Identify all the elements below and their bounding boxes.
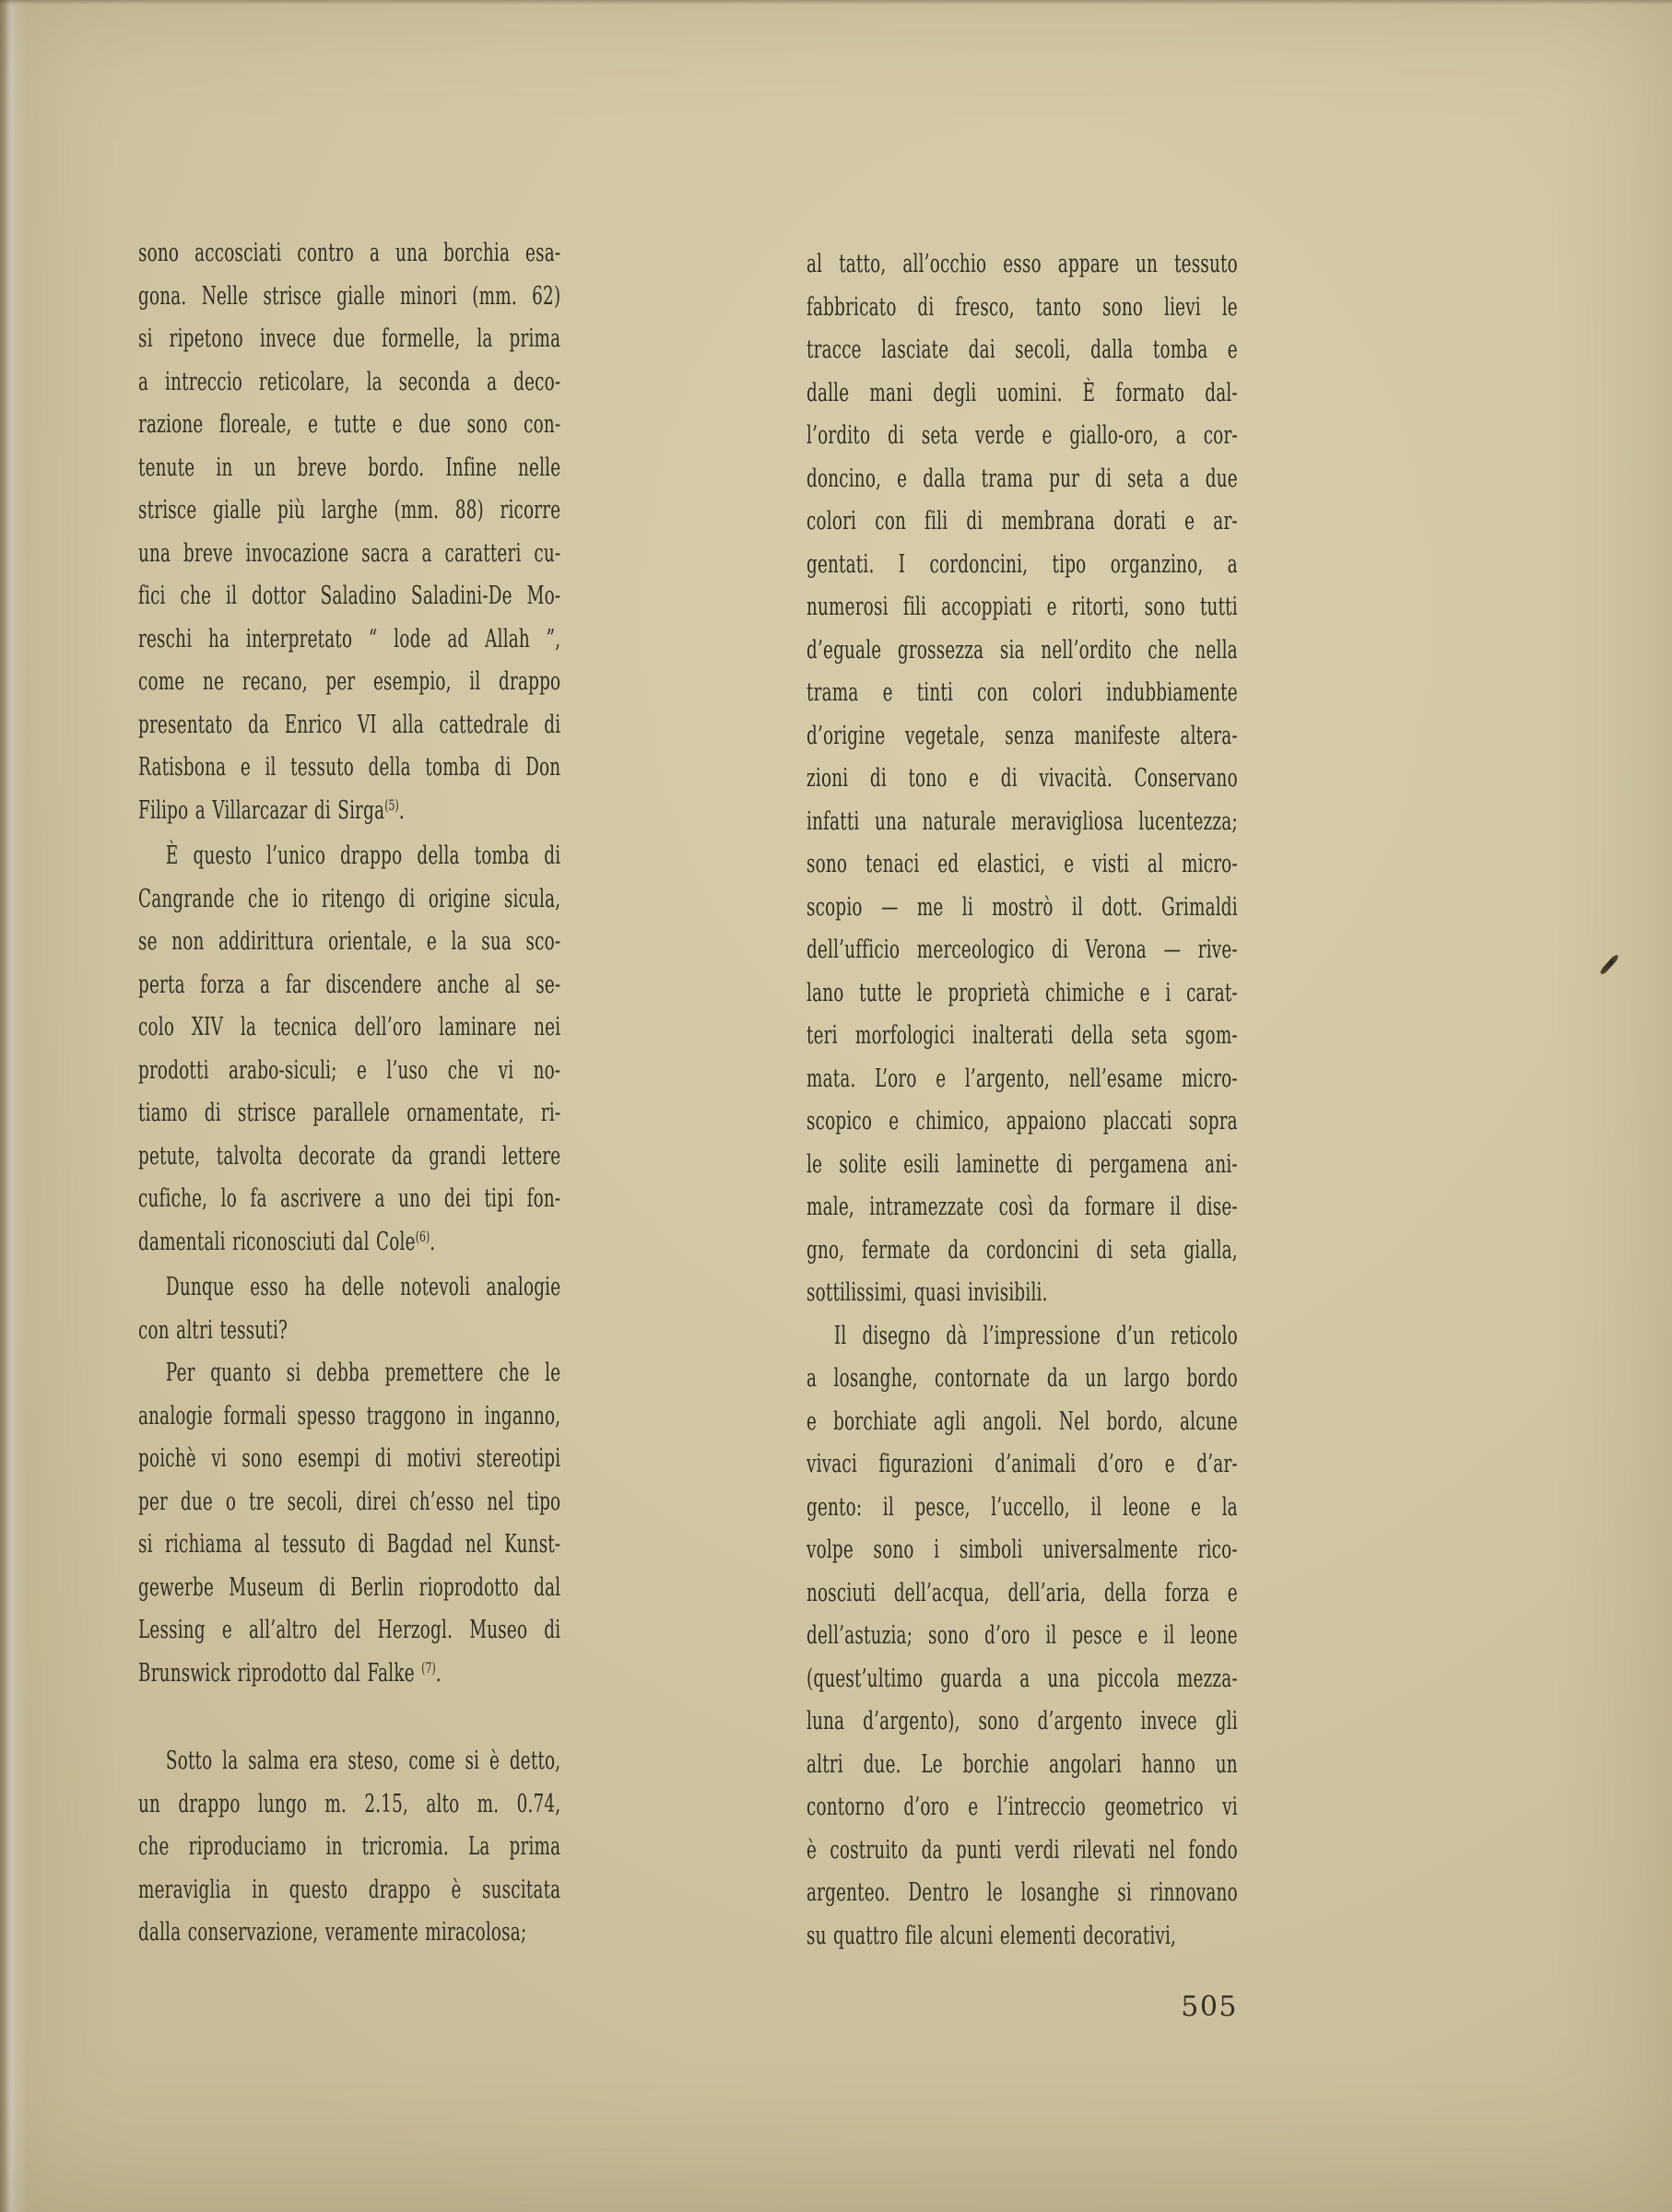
ink-speck: [1599, 953, 1620, 975]
text-line: fici che il dottor Saladino Saladini-De …: [138, 575, 560, 618]
text-line: reschi ha interpretato “ lode ad Allah ”…: [138, 618, 560, 662]
text-line: analogie formali spesso traggono in inga…: [138, 1395, 560, 1439]
paragraph: Dunque esso ha delle notevoli analogieco…: [138, 1266, 560, 1352]
text-line: a losanghe, contornate da un largo bordo: [807, 1358, 1238, 1401]
text-line: tracce lasciate dai secoli, dalla tomba …: [807, 329, 1238, 372]
text-line: le solite esili laminette di pergamena a…: [807, 1144, 1238, 1187]
text-line: Filipo a Villarcazar di Sirga(5).: [138, 790, 560, 836]
text-line: tenute in un breve bordo. Infine nelle: [138, 447, 560, 490]
text-line: mata. L’oro e l’argento, nell’esame micr…: [807, 1058, 1238, 1101]
text-line: Per quanto si debba premettere che le: [138, 1352, 560, 1395]
text-line: d’origine vegetale, senza manifeste alte…: [807, 715, 1238, 759]
text-line: razione floreale, e tutte e due sono con…: [138, 404, 560, 447]
text-line: doncino, e dalla trama pur di seta a due: [807, 458, 1238, 501]
text-line: dell’astuzia; sono d’oro il pesce e il l…: [807, 1615, 1238, 1658]
text-line: cufiche, lo fa ascrivere a uno dei tipi …: [138, 1178, 560, 1221]
page-top-edge: [0, 0, 1672, 5]
text-line: è costruito da punti verdi rilevati nel …: [807, 1830, 1238, 1873]
text-line: Ratisbona e il tessuto della tomba di Do…: [138, 747, 560, 790]
text-line: sono tenaci ed elastici, e visti al micr…: [807, 843, 1238, 887]
text-line: Il disegno dà l’impressione d’un reticol…: [807, 1315, 1238, 1359]
text-line: su quattro file alcuni elementi decorati…: [807, 1915, 1238, 1959]
text-line: un drappo lungo m. 2.15, alto m. 0.74,: [138, 1783, 560, 1827]
page-number: 505: [807, 1989, 1249, 2026]
footnote-ref: (7): [421, 1659, 436, 1677]
text-line: gento: il pesce, l’uccello, il leone e l…: [807, 1487, 1238, 1530]
book-page: sono accosciati contro a una borchia esa…: [0, 0, 1672, 2212]
text-line: dalle mani degli uomini. È formato dal-: [807, 372, 1238, 416]
text-line: dalla conservazione, veramente miracolos…: [138, 1912, 560, 1955]
text-line: lano tutte le proprietà chimiche e i car…: [807, 972, 1238, 1016]
right-column: al tatto, all’occhio esso appare un tess…: [807, 243, 1238, 1958]
text-line: d’eguale grossezza sia nell’ordito che n…: [807, 629, 1238, 673]
text-line: damentali riconosciuti dal Cole(6).: [138, 1221, 560, 1267]
text-line: contorno d’oro e l’intreccio geometrico …: [807, 1786, 1238, 1830]
text-line: scopico e chimico, appaiono placcati sop…: [807, 1100, 1238, 1144]
text-line: a intreccio reticolare, la seconda a dec…: [138, 361, 560, 405]
text-line: si ripetono invece due formelle, la prim…: [138, 318, 560, 361]
text-line: colo XIV la tecnica dell’oro laminare ne…: [138, 1006, 560, 1050]
text-line: petute, talvolta decorate da grandi lett…: [138, 1135, 560, 1179]
text-line: sono accosciati contro a una borchia esa…: [138, 232, 560, 276]
text-line: Brunswick riprodotto dal Falke (7).: [138, 1653, 560, 1699]
text-line: male, intramezzate così da formare il di…: [807, 1186, 1238, 1230]
text-line: vivaci figurazioni d’animali d’oro e d’a…: [807, 1443, 1238, 1487]
text-line: come ne recano, per esempio, il drappo: [138, 661, 560, 704]
page-gutter-shadow: [0, 0, 28, 2212]
footnote-ref: (6): [416, 1228, 430, 1245]
text-line: luna d’argento), sono d’argento invece g…: [807, 1700, 1238, 1744]
text-line: volpe sono i simboli universalmente rico…: [807, 1529, 1238, 1572]
text-line: teri morfologici inalterati della seta s…: [807, 1015, 1238, 1058]
text-line: zioni di tono e di vivacità. Conservano: [807, 758, 1238, 801]
text-line: trama e tinti con colori indubbiamente: [807, 672, 1238, 715]
text-line: con altri tessuti?: [138, 1310, 560, 1353]
paragraph: Il disegno dà l’impressione d’un reticol…: [807, 1315, 1238, 1959]
text-line: dell’ufficio merceologico di Verona — ri…: [807, 929, 1238, 972]
footnote-ref: (5): [384, 796, 399, 814]
text-line: Lessing e all’altro del Herzogl. Museo d…: [138, 1609, 560, 1653]
paragraph: al tatto, all’occhio esso appare un tess…: [807, 243, 1238, 1315]
text-line: gentati. I cordoncini, tipo organzino, a: [807, 544, 1238, 587]
text-line: strisce gialle più larghe (mm. 88) ricor…: [138, 489, 560, 533]
text-line: (quest’ultimo guarda a una piccola mezza…: [807, 1658, 1238, 1701]
text-line: una breve invocazione sacra a caratteri …: [138, 533, 560, 576]
text-line: perta forza a far discendere anche al se…: [138, 964, 560, 1007]
text-line: al tatto, all’occhio esso appare un tess…: [807, 243, 1238, 287]
text-line: e borchiate agli angoli. Nel bordo, alcu…: [807, 1401, 1238, 1444]
text-line: altri due. Le borchie angolari hanno un: [807, 1744, 1238, 1787]
text-line: infatti una naturale meravigliosa lucent…: [807, 801, 1238, 844]
paragraph: Per quanto si debba premettere che leana…: [138, 1352, 560, 1698]
text-line: presentato da Enrico VI alla cattedrale …: [138, 704, 560, 747]
text-line: numerosi fili accoppiati e ritorti, sono…: [807, 586, 1238, 629]
text-line: sottilissimi, quasi invisibili.: [807, 1272, 1238, 1315]
text-line: gona. Nelle strisce gialle minori (mm. 6…: [138, 276, 560, 319]
paragraph: È questo l’unico drappo della tomba diCa…: [138, 835, 560, 1266]
text-line: se non addirittura orientale, e la sua s…: [138, 921, 560, 964]
text-line: si richiama al tessuto di Bagdad nel Kun…: [138, 1524, 560, 1567]
text-line: scopio — me li mostrò il dott. Grimaldi: [807, 887, 1238, 930]
paragraph: Sotto la salma era steso, come si è dett…: [138, 1740, 560, 1955]
text-line: gno, fermate da cordoncini di seta giall…: [807, 1230, 1238, 1273]
text-line: Cangrande che io ritengo di origine sicu…: [138, 878, 560, 922]
text-line: l’ordito di seta verde e giallo-oro, a c…: [807, 415, 1238, 458]
text-line: fabbricato di fresco, tanto sono lievi l…: [807, 287, 1238, 330]
text-line: Sotto la salma era steso, come si è dett…: [138, 1740, 560, 1783]
text-line: nosciuti dell’acqua, dell’aria, della fo…: [807, 1572, 1238, 1616]
text-line: tiamo di strisce parallele ornamentate, …: [138, 1092, 560, 1135]
paragraph: sono accosciati contro a una borchia esa…: [138, 232, 560, 835]
text-line: gewerbe Museum di Berlin rioprodotto dal: [138, 1567, 560, 1610]
text-line: che riproduciamo in tricromia. La prima: [138, 1826, 560, 1869]
text-line: È questo l’unico drappo della tomba di: [138, 835, 560, 878]
text-line: per due o tre secoli, direi ch’esso nel …: [138, 1481, 560, 1524]
text-line: colori con fili di membrana dorati e ar-: [807, 500, 1238, 544]
left-column: sono accosciati contro a una borchia esa…: [138, 232, 560, 1955]
text-line: Dunque esso ha delle notevoli analogie: [138, 1266, 560, 1310]
text-line: argenteo. Dentro le losanghe si rinnovan…: [807, 1872, 1238, 1915]
text-line: poichè vi sono esempi di motivi stereoti…: [138, 1438, 560, 1481]
text-line: meraviglia in questo drappo è suscitata: [138, 1869, 560, 1912]
text-line: prodotti arabo-siculi; e l’uso che vi no…: [138, 1050, 560, 1093]
